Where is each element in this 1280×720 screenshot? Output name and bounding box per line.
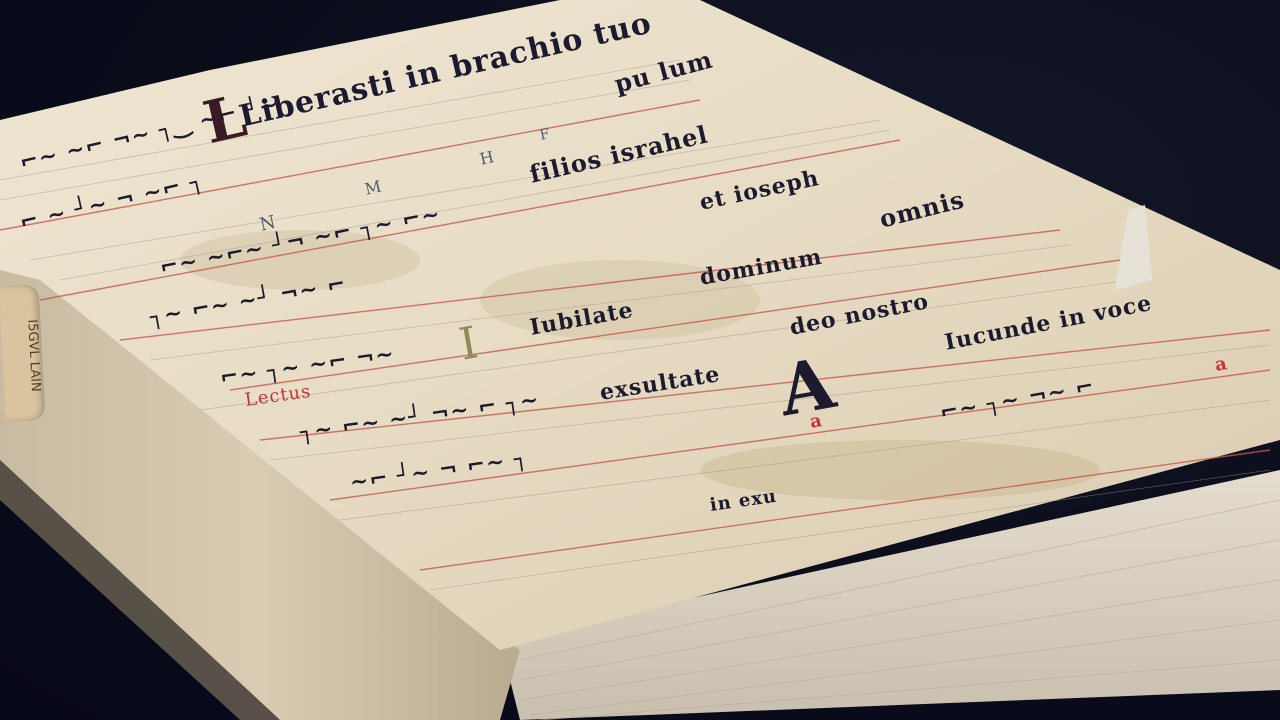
spine-label: I5GVL LAIN <box>0 284 46 422</box>
book-illustration <box>0 0 1280 720</box>
photo-scene: I5GVL LAIN Liberasti in brachio tuo pu l… <box>0 0 1280 720</box>
